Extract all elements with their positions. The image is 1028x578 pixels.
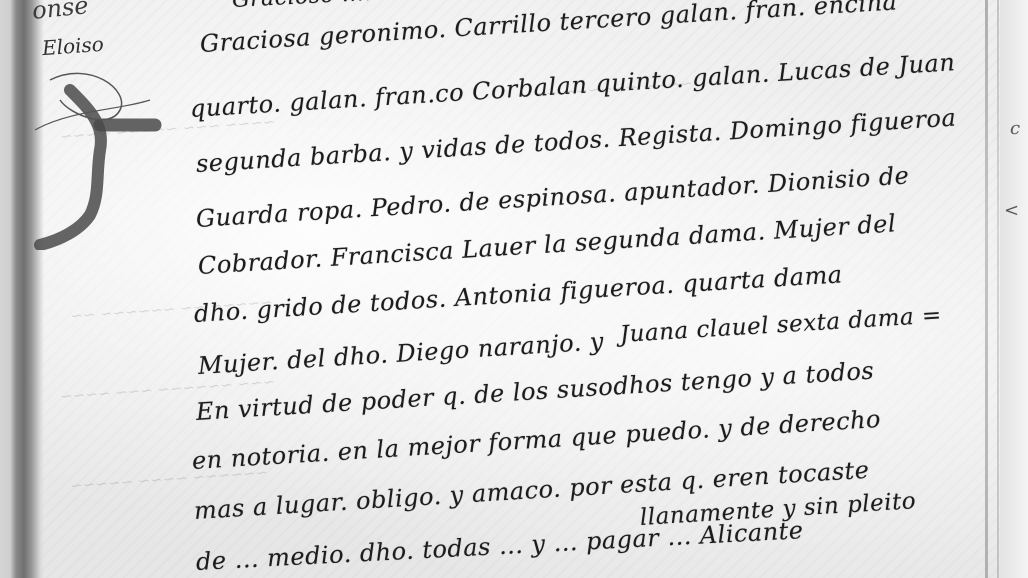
- edge-mark: <: [1004, 200, 1019, 221]
- manuscript-line: Mujer. del dho. Diego naranjo. y: [197, 327, 605, 380]
- edge-mark: c: [1010, 118, 1020, 139]
- margin-note: onse: [31, 0, 90, 25]
- manuscript-line: Juana clauel sexta dama =: [619, 302, 942, 348]
- manuscript-line: Gracioso ....: [231, 0, 372, 13]
- margin-rule: [985, 0, 988, 578]
- margin-rule: [997, 0, 999, 578]
- manuscript-line: de ... medio. dho. todas ... y ... pagar…: [195, 516, 804, 576]
- page-edge: [1000, 0, 1028, 578]
- manuscript-page: ~~~~ ~~~ ~~~~~ ~~~~ ~~~~~ ~~ ~~~~~~ ~~ ~…: [0, 0, 1028, 578]
- margin-name: Eloiso: [41, 32, 104, 60]
- rubric-flourish-icon: [30, 70, 170, 250]
